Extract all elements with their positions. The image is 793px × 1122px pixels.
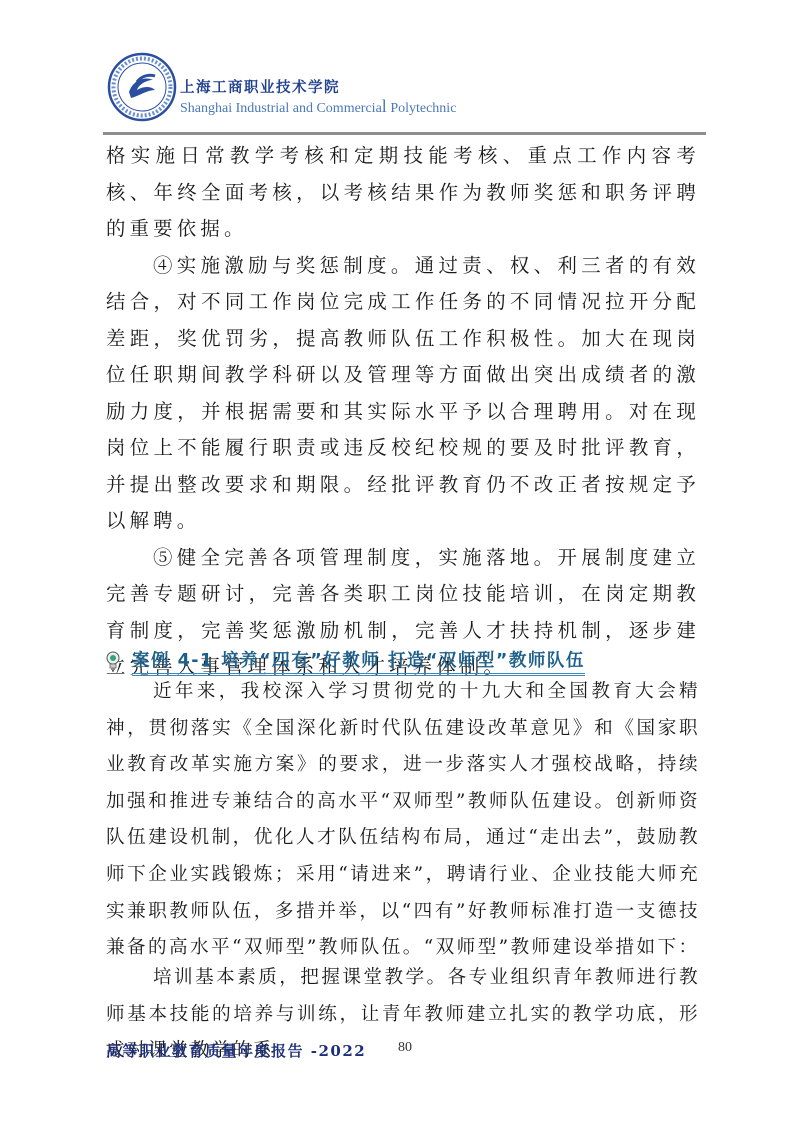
footer-report-title: 高等职业教育质量年度报告 -2022 bbox=[106, 1040, 366, 1061]
institution-name-en-tail: Polytechnic bbox=[387, 101, 457, 116]
school-emblem-icon bbox=[107, 52, 177, 122]
page-header: 上海工商职业技术学院 Shanghai Industrial and Comme… bbox=[103, 52, 706, 134]
header-divider bbox=[103, 132, 706, 135]
page-number: 80 bbox=[398, 1040, 412, 1056]
paragraph-case-intro: 近年来，我校深入学习贯彻党的十九大和全国教育大会精神，贯彻落实《全国深化新时代队… bbox=[106, 674, 700, 967]
case-title: 案例 4-1 培养“四有”好教师 打造“双师型”教师队伍 bbox=[132, 647, 585, 676]
institution-name-en: Shanghai Industrial and Commercial Polyt… bbox=[180, 96, 456, 117]
institution-name-cn: 上海工商职业技术学院 bbox=[180, 76, 340, 97]
paragraph-incentive: ④实施激励与奖惩制度。通过责、权、利三者的有效结合，对不同工作岗位完成工作任务的… bbox=[106, 248, 700, 540]
case-body: 近年来，我校深入学习贯彻党的十九大和全国教育大会精神，贯彻落实《全国深化新时代队… bbox=[106, 674, 700, 967]
institution-name-en-main: Shanghai Industrial and Commercia bbox=[180, 101, 382, 116]
case-heading: 案例 4-1 培养“四有”好教师 打造“双师型”教师队伍 bbox=[106, 646, 585, 676]
paragraph-continuation: 格实施日常教学考核和定期技能考核、重点工作内容考核、年终全面考核，以考核结果作为… bbox=[106, 138, 700, 248]
section-body: 格实施日常教学考核和定期技能考核、重点工作内容考核、年终全面考核，以考核结果作为… bbox=[106, 138, 700, 686]
lightbulb-icon bbox=[106, 651, 120, 671]
